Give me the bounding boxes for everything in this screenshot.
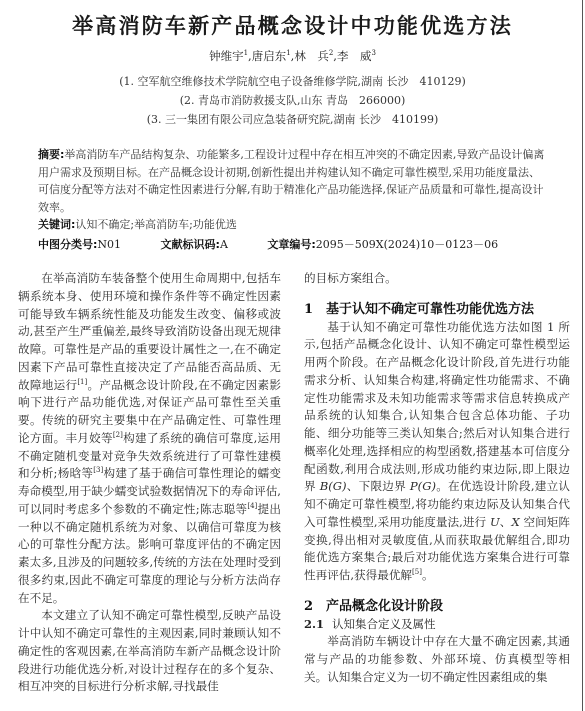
left-column: 在举高消防车装备整个使用生命周期中,包括车辆系统本身、使用环境和操作条件等不确定…	[18, 270, 281, 696]
body-text: 在举高消防车装备整个使用生命周期中,包括车辆系统本身、使用环境和操作条件等不确定…	[18, 271, 281, 392]
abstract-block: 摘要:举高消防车产品结构复杂、功能繁多,工程设计过程中存在相互冲突的不确定因素,…	[38, 146, 548, 234]
section-title: 产品概念化设计阶段	[326, 599, 443, 614]
article-number-value: 2095－509X(2024)10－0123－06	[316, 238, 498, 251]
doc-code-label: 文献标识码:	[161, 238, 220, 251]
affiliation-2: (2. 青岛市消防救援支队,山东 青岛 266000)	[0, 92, 585, 108]
citation-ref: [5]	[412, 568, 422, 576]
citation-ref: [2]	[113, 431, 123, 439]
doc-code-value: A	[220, 238, 228, 251]
section-heading-2: 2产品概念化设计阶段	[304, 598, 570, 616]
citation-ref: [3]	[93, 466, 103, 474]
section-heading-1: 1基于认知不确定可靠性功能优选方法	[304, 301, 570, 319]
article-number-label: 文章编号:	[267, 238, 315, 251]
section-number: 1	[304, 301, 326, 319]
citation-ref: [4]	[247, 502, 257, 510]
abstract-label: 摘要:	[38, 148, 64, 161]
subsection-number: 2.1	[304, 616, 332, 634]
affiliation-1: (1. 空军航空维修技术学院航空电子设备维修学院,湖南 长沙 410129)	[0, 73, 585, 89]
author-affiliation-mark: 1	[244, 49, 248, 57]
body-text: 。	[422, 568, 434, 582]
classification-row: 中图分类号:N01 文献标识码:A 文章编号:2095－509X(2024)10…	[38, 236, 498, 252]
keywords-text: 认知不确定;举高消防车;功能优选	[75, 218, 236, 231]
body-text: 基于认知不确定可靠性功能优选方法如图 1 所示,包括产品概念化设计、认知不确定可…	[304, 320, 570, 494]
page-edge-rule	[582, 0, 583, 711]
citation-ref: [1]	[77, 378, 87, 386]
subsection-heading-2-1: 2.1认知集合定义及属性	[304, 616, 570, 634]
paper-title: 举高消防车新产品概念设计中功能优选方法	[0, 10, 585, 40]
body-text: 提出一种以不确定随机系统为对象、以确信可靠度为核心的可靠性分配方法。影响可靠度评…	[18, 502, 281, 605]
section-1-paragraph: 基于认知不确定可靠性功能优选方法如图 1 所示,包括产品概念化设计、认知不确定可…	[304, 319, 570, 585]
keywords-label: 关键词:	[38, 218, 75, 231]
body-text: 、	[500, 515, 512, 529]
section-number: 2	[304, 598, 326, 616]
author-name: 李 威	[337, 49, 372, 63]
intro-paragraph-1: 在举高消防车装备整个使用生命周期中,包括车辆系统本身、使用环境和操作条件等不确定…	[18, 270, 281, 607]
math-u-space: U	[490, 515, 500, 529]
author-name: 唐启东	[252, 49, 287, 63]
right-column: 的目标方案组合。 1基于认知不确定可靠性功能优选方法 基于认知不确定可靠性功能优…	[304, 270, 570, 687]
abstract-text: 举高消防车产品结构复杂、功能繁多,工程设计过程中存在相互冲突的不确定因素,导致产…	[38, 148, 544, 214]
subsection-2-1-paragraph: 举高消防车辆设计中存在大量不确定因素,其通常与产品的功能参数、外部环境、仿真模型…	[304, 633, 570, 686]
math-upper-bound: B(G)	[320, 479, 347, 493]
author-affiliation-mark: 1	[286, 49, 290, 57]
author-name: 钟维宇	[209, 49, 244, 63]
body-text: 的目标方案组合。	[304, 270, 570, 288]
clc-label: 中图分类号:	[38, 238, 97, 251]
math-x-space: X	[511, 515, 519, 529]
author-affiliation-mark: 2	[329, 49, 333, 57]
affiliation-3: (3. 三一集团有限公司应急装备研究院,湖南 长沙 410199)	[0, 111, 585, 127]
math-lower-bound: P(G)	[410, 479, 436, 493]
subsection-title: 认知集合定义及属性	[332, 617, 436, 631]
section-title: 基于认知不确定可靠性功能优选方法	[326, 302, 534, 317]
body-text: 、下限边界	[347, 479, 410, 493]
intro-paragraph-2: 本文建立了认知不确定可靠性模型,反映产品设计中认知不确定可靠性的主观因素,同时兼…	[18, 607, 281, 696]
author-affiliation-mark: 3	[371, 49, 375, 57]
clc-value: N01	[97, 238, 121, 251]
author-list: 钟维宇1,唐启东1,林 兵2,李 威3	[0, 48, 585, 64]
author-name: 林 兵	[294, 49, 329, 63]
